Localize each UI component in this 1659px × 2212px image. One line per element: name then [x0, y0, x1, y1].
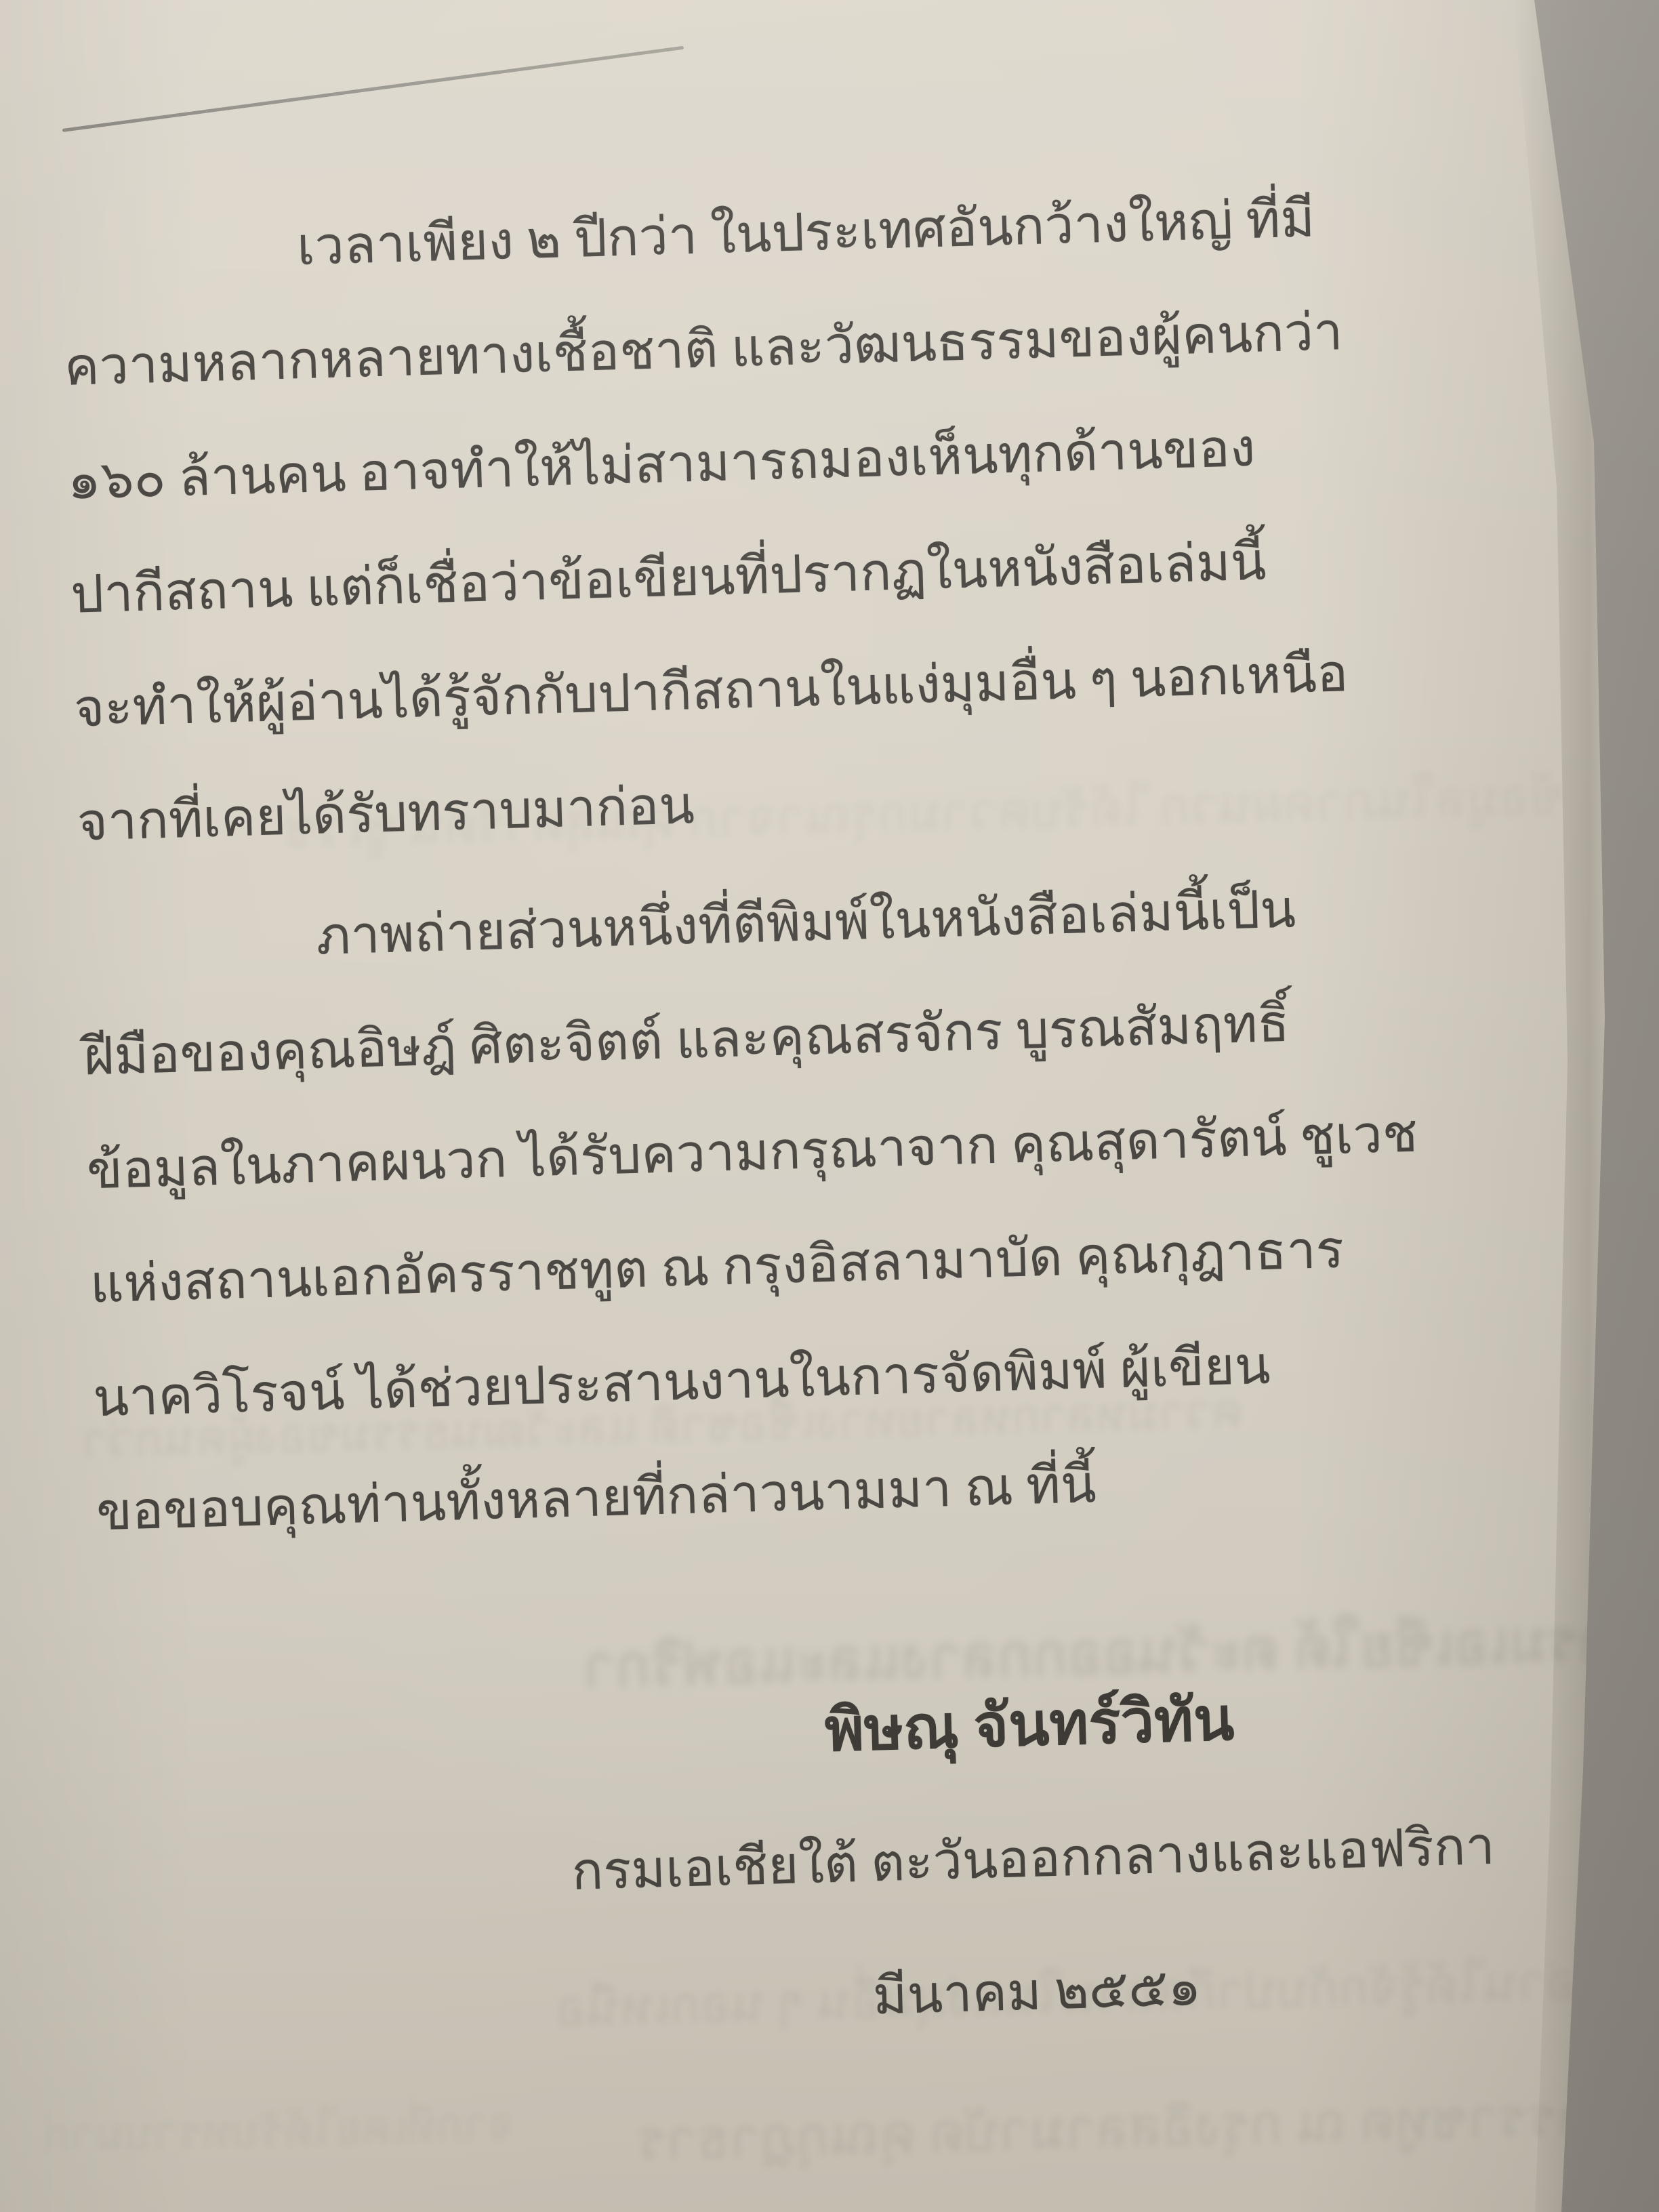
book-page-photo: ข้อมูลในภาคผนวก ได้รับความกรุณาจาก คุณสุ…: [0, 0, 1659, 2212]
photo-vignette: [0, 0, 1659, 2212]
